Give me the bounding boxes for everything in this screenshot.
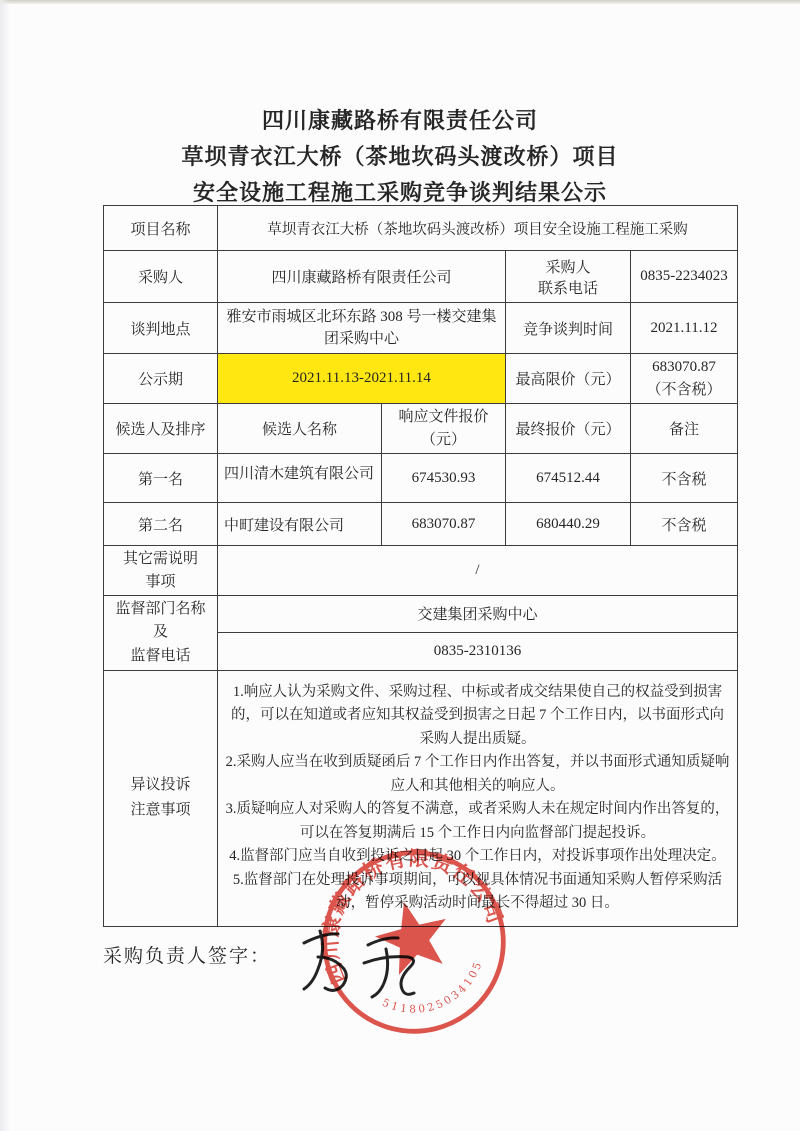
- seal-number-text: 5118025034105: [374, 956, 494, 1025]
- seal-star-icon: [369, 893, 457, 978]
- other-notes-label: 其它需说明 事项: [104, 546, 218, 596]
- purchaser-phone-label: 采购人 联系电话: [506, 251, 631, 303]
- candidates-name-header: 候选人名称: [218, 404, 382, 454]
- candidates-final-price-header: 最终报价（元）: [506, 404, 631, 454]
- notice-item: 1.响应人认为采购文件、采购过程、中标或者成交结果使自己的权益受到损害的，可以在…: [224, 681, 731, 751]
- candidate-final-price: 680440.29: [506, 503, 631, 546]
- row-candidates-header: 候选人及排序 候选人名称 响应文件报价 （元） 最终报价（元） 备注: [104, 404, 738, 454]
- candidates-rank-header: 候选人及排序: [104, 404, 218, 454]
- candidates-doc-price-header: 响应文件报价 （元）: [382, 404, 506, 454]
- publicity-period-value: 2021.11.13-2021.11.14: [218, 354, 506, 404]
- supervision-label: 监督部门名称及 监督电话: [104, 596, 218, 671]
- candidate-doc-price: 683070.87: [382, 503, 506, 546]
- supervision-name-value: 交建集团采购中心: [218, 596, 738, 633]
- candidate-final-price: 674512.44: [506, 454, 631, 503]
- supervision-phone-value: 0835-2310136: [218, 632, 738, 670]
- signature-label: 采购负责人签字：: [103, 941, 271, 968]
- row-purchaser: 采购人 四川康藏路桥有限责任公司 采购人 联系电话 0835-2234023: [104, 251, 738, 303]
- document-title: 四川康藏路桥有限责任公司 草坝青衣江大桥（茶地坎码头渡改桥）项目 安全设施工程施…: [0, 103, 800, 211]
- candidate-name: 四川清木建筑有限公司: [218, 454, 382, 503]
- candidate-doc-price: 674530.93: [382, 454, 506, 503]
- publicity-period-label: 公示期: [104, 354, 218, 404]
- candidate-name: 中町建设有限公司: [218, 503, 382, 546]
- venue-label: 谈判地点: [104, 303, 218, 354]
- notice-item: 2.采购人应当在收到质疑函后 7 个工作日内作出答复，并以书面形式通知质疑响应人…: [224, 751, 731, 798]
- candidate-rank: 第一名: [104, 454, 218, 503]
- candidate-remark: 不含税: [631, 503, 738, 546]
- row-project-name: 项目名称 草坝青衣江大桥（茶地坎码头渡改桥）项目安全设施工程施工采购: [104, 206, 738, 251]
- other-notes-value: /: [218, 546, 738, 596]
- svg-text:5118025034105: 5118025034105: [374, 956, 494, 1025]
- row-supervision-name: 监督部门名称及 监督电话 交建集团采购中心: [104, 596, 738, 633]
- max-price-label: 最高限价（元）: [506, 354, 631, 404]
- max-price-value: 683070.87 （不含税）: [631, 354, 738, 404]
- candidates-remark-header: 备注: [631, 404, 738, 454]
- candidate-row-second: 第二名 中町建设有限公司 683070.87 680440.29 不含税: [104, 503, 738, 546]
- document-page: 四川康藏路桥有限责任公司 草坝青衣江大桥（茶地坎码头渡改桥）项目 安全设施工程施…: [0, 0, 800, 1131]
- candidate-rank: 第二名: [104, 503, 218, 546]
- candidate-remark: 不含税: [631, 454, 738, 503]
- row-other-notes: 其它需说明 事项 /: [104, 546, 738, 596]
- title-line-project: 草坝青衣江大桥（茶地坎码头渡改桥）项目: [0, 139, 800, 175]
- purchaser-value: 四川康藏路桥有限责任公司: [218, 251, 506, 303]
- project-name-value: 草坝青衣江大桥（茶地坎码头渡改桥）项目安全设施工程施工采购: [218, 206, 738, 251]
- purchaser-label: 采购人: [104, 251, 218, 303]
- title-line-company: 四川康藏路桥有限责任公司: [0, 103, 800, 139]
- purchaser-phone-value: 0835-2234023: [631, 251, 738, 303]
- project-name-label: 项目名称: [104, 206, 218, 251]
- negotiation-time-label: 竞争谈判时间: [506, 303, 631, 354]
- negotiation-time-value: 2021.11.12: [631, 303, 738, 354]
- result-table: 项目名称 草坝青衣江大桥（茶地坎码头渡改桥）项目安全设施工程施工采购 采购人 四…: [103, 205, 738, 927]
- candidate-row-first: 第一名 四川清木建筑有限公司 674530.93 674512.44 不含税: [104, 454, 738, 503]
- row-venue: 谈判地点 雅安市雨城区北环东路 308 号一楼交建集团采购中心 竞争谈判时间 2…: [104, 303, 738, 354]
- objection-notice-label: 异议投诉 注意事项: [104, 670, 218, 926]
- venue-value: 雅安市雨城区北环东路 308 号一楼交建集团采购中心: [218, 303, 506, 354]
- row-publicity-period: 公示期 2021.11.13-2021.11.14 最高限价（元） 683070…: [104, 354, 738, 404]
